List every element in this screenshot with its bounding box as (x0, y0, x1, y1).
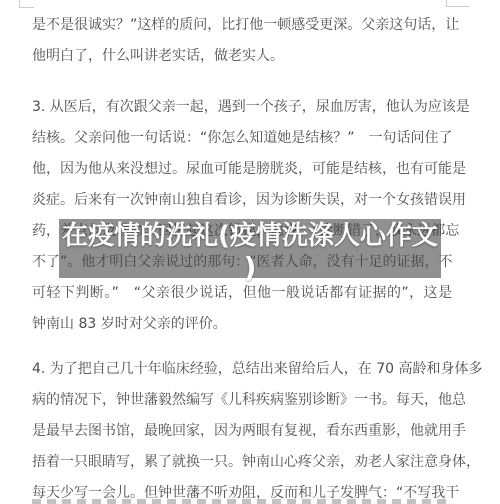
text-line: 捂着一只眼睛写，累了就换一只。钟南山心疼父亲，劝老人家注意身体， (32, 447, 452, 478)
text-line: 结核。父亲问他一句话说：“你怎么知道她是结核？” 一句话问住了 (32, 123, 452, 154)
text-line: 4. 为了把自己几十年临床经验，总结出来留给后人，在 70 高龄和身体多 (32, 354, 452, 385)
text-line: 病的情况下，钟世藩毅然编写《儿科疾病鉴别诊断》一书。每天，他总 (32, 385, 452, 416)
text-line: 钟南山 83 岁时对父亲的评价。 (32, 309, 452, 340)
text-line: 是不是很诚实？”这样的质问，比打他一顿感受更深。父亲这句话，让 (32, 10, 452, 41)
paragraph-1: 是不是很诚实？”这样的质问，比打他一顿感受更深。父亲这句话，让 他明白了，什么叫… (32, 10, 452, 72)
overlay-title-text: 在疫情的洗礼(疫情洗涤人心作文 (59, 221, 441, 251)
paragraph-2: 3. 从医后，有次跟父亲一起，遇到一个孩子，尿血厉害，他认为应该是 结核。父亲问… (32, 92, 452, 340)
text-boundary-mark-right (446, 0, 469, 7)
paragraph-3: 4. 为了把自己几十年临床经验，总结出来留给后人，在 70 高龄和身体多 病的情… (32, 354, 452, 504)
text-line: 是最早去图书馆，最晚回家，因为两眼有复视，看东西重影，他就用手 (32, 416, 452, 447)
text-line: 他明白了，什么叫讲老实话，做老实人。 (32, 41, 452, 72)
text-line: 3. 从医后，有次跟父亲一起，遇到一个孩子，尿血厉害，他认为应该是 (32, 92, 452, 123)
overlay-title-paren: ) (59, 251, 441, 285)
text-line: 他，因为他从来没想过。尿血可能是膀胱炎，可能是结核，也有可能是 (32, 154, 452, 185)
title-overlay-banner: 在疫情的洗礼(疫情洗涤人心作文 ) (59, 219, 441, 278)
text-boundary-mark-left (19, 0, 34, 8)
text-line: 炎症。后来有一次钟南山独自看诊，因为诊断失误，对一个女孩错误用 (32, 185, 452, 216)
clipped-next-text-line (32, 499, 452, 504)
